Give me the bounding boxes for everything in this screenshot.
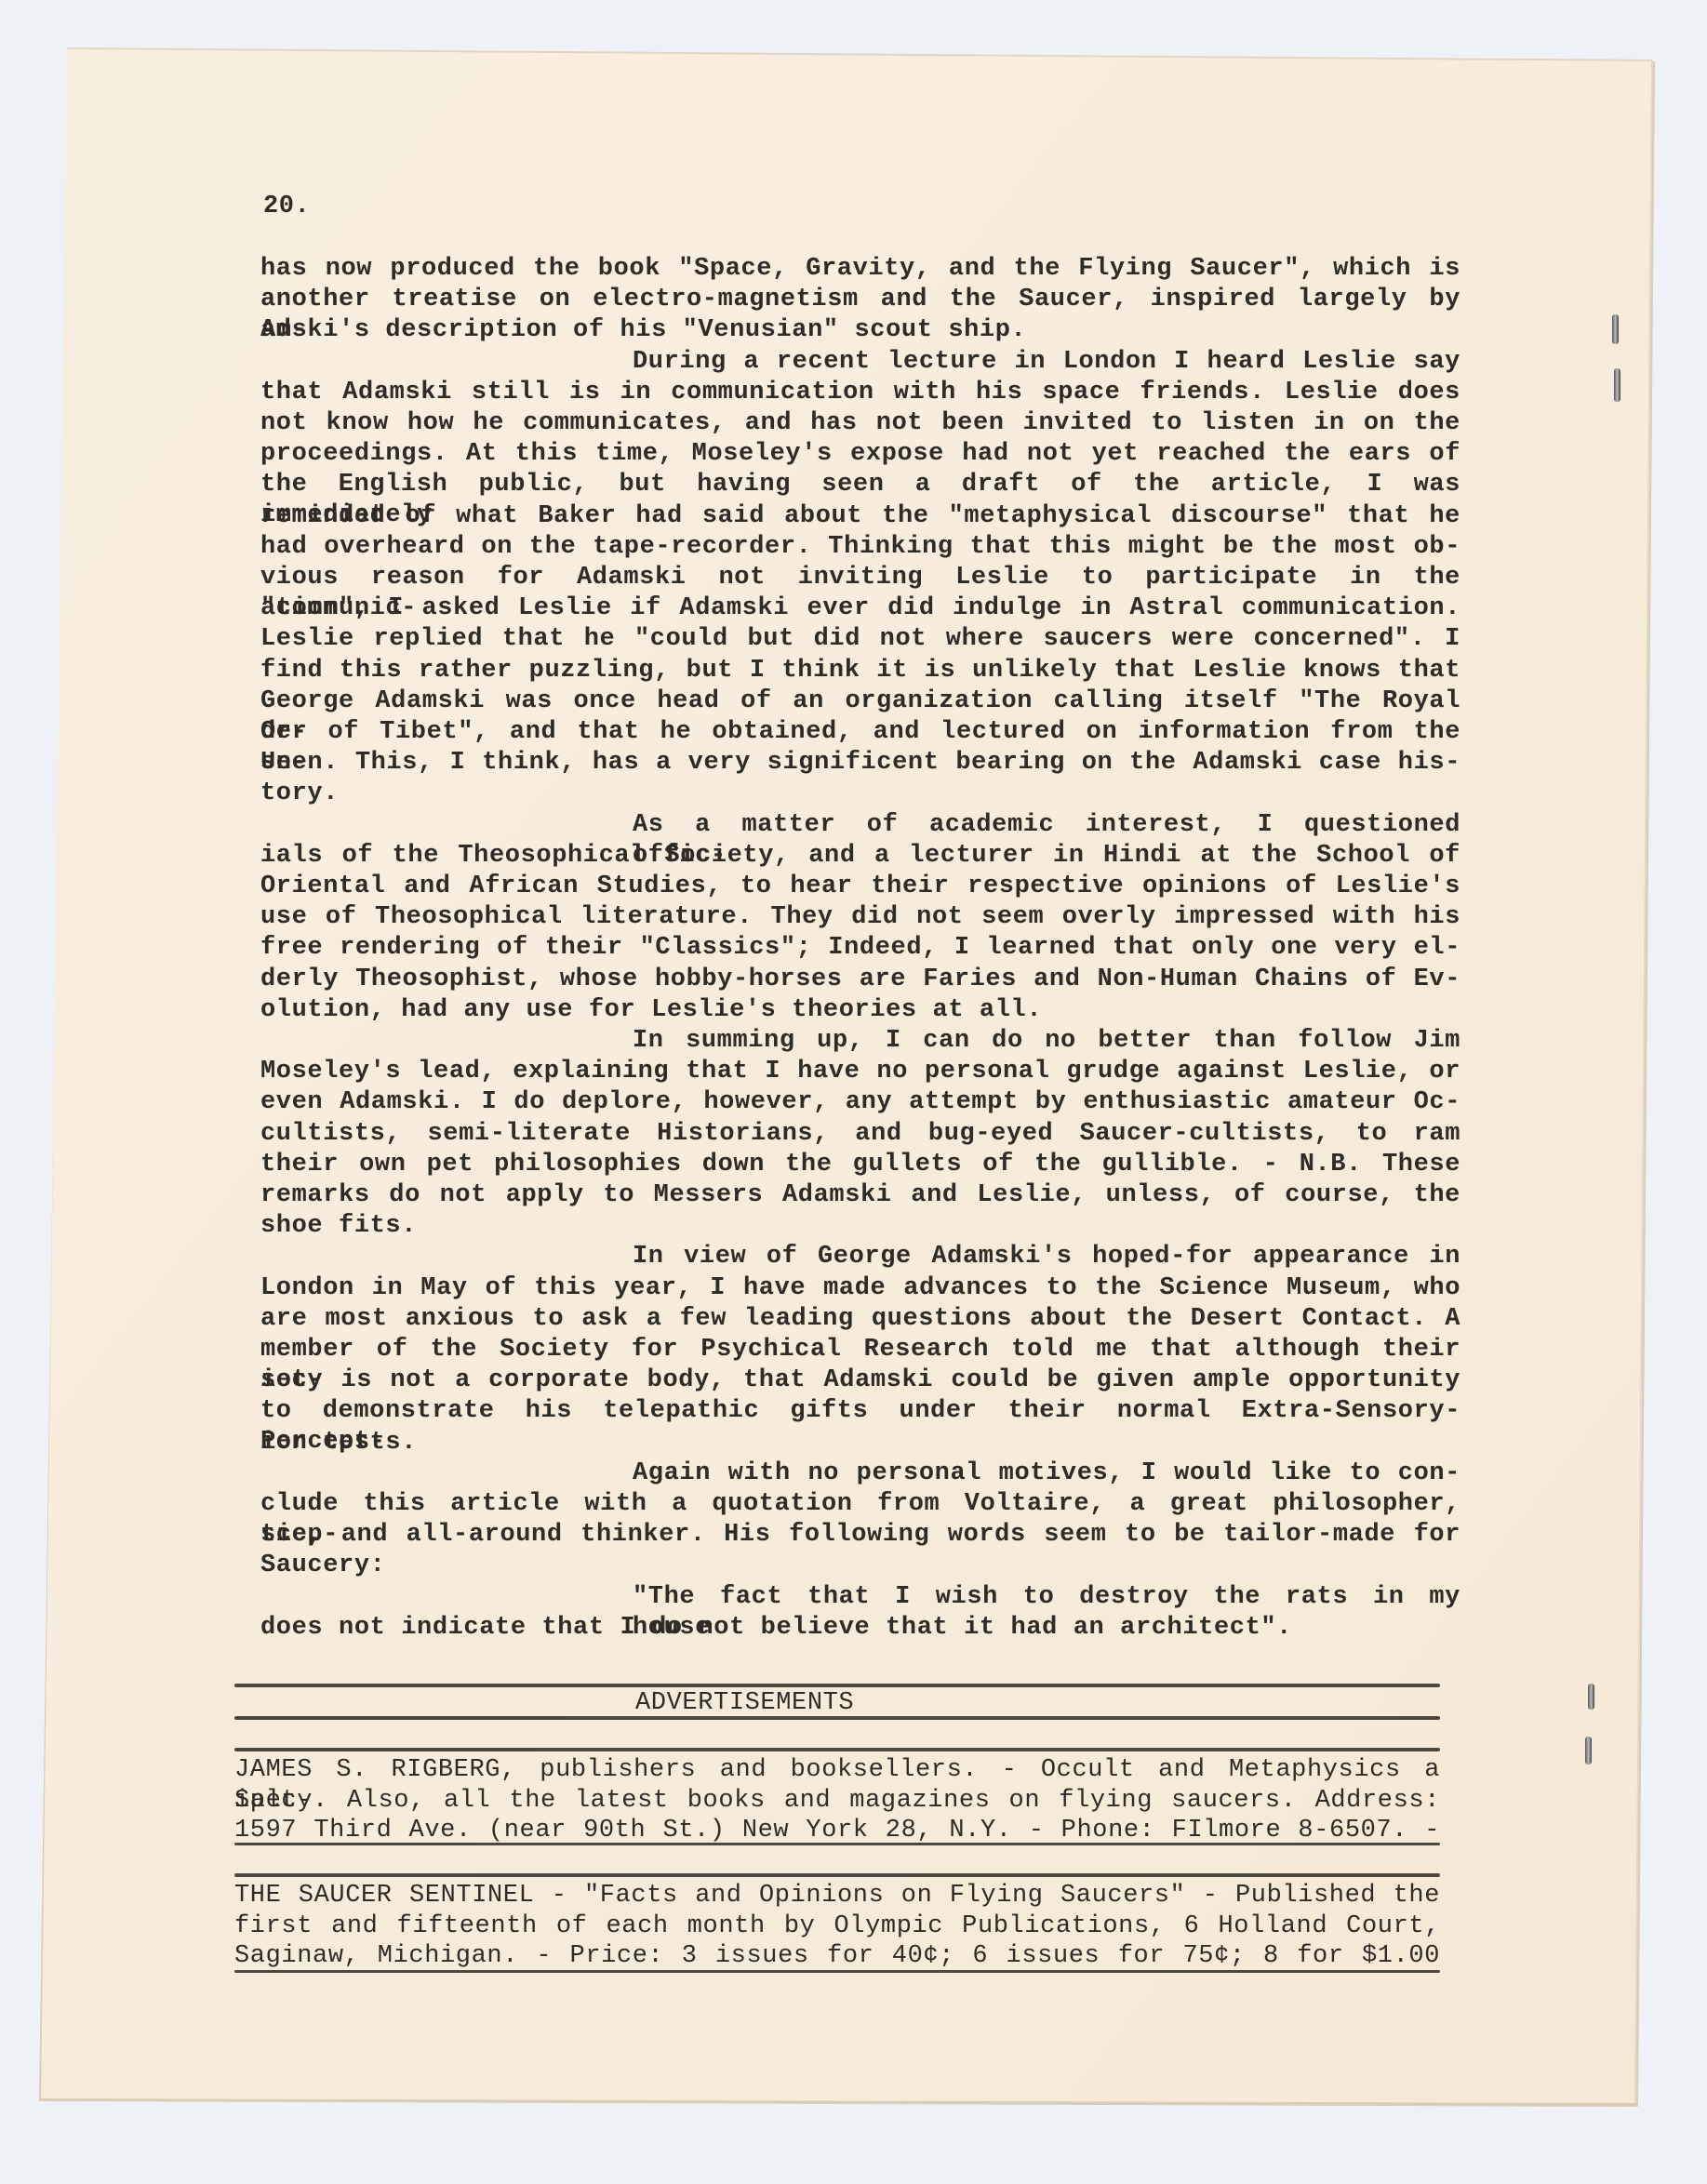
advertisement-line: JAMES S. RIGBERG, publishers and booksel… (234, 1755, 1440, 1786)
article-line: even Adamski. I do deplore, however, any… (260, 1087, 1460, 1118)
article-line: ion tests. (260, 1428, 1460, 1458)
article-line: vious reason for Adamski not inviting Le… (260, 563, 1460, 593)
advertisement-line: first and fifteenth of each month by Oly… (234, 1911, 1440, 1942)
staple-icon (1585, 1737, 1592, 1765)
ad-top-rule (234, 1684, 1440, 1687)
ad-separator-rule (234, 1873, 1440, 1877)
article-line: Again with no personal motives, I would … (633, 1458, 1460, 1489)
scanned-page: 20. has now produced the book "Space, Gr… (0, 0, 1707, 2184)
article-line: free rendering of their "Classics"; Inde… (260, 933, 1460, 964)
article-line: ation", I asked Leslie if Adamski ever d… (260, 593, 1460, 624)
article-line: shoe fits. (260, 1211, 1460, 1242)
staple-icon (1588, 1684, 1594, 1710)
advertisement-line: ialty. Also, all the latest books and ma… (234, 1786, 1440, 1817)
staple-icon (1614, 368, 1620, 402)
article-line: that Adamski still is in communication w… (260, 378, 1460, 408)
ad1-underline (234, 1843, 1440, 1845)
article-line: iety is not a corporate body, that Adams… (260, 1365, 1460, 1396)
advertisement-line: Saginaw, Michigan. - Price: 3 issues for… (234, 1941, 1440, 1972)
article-line: "The fact that I wish to destroy the rat… (633, 1582, 1460, 1613)
article-line: remarks do not apply to Messers Adamski … (260, 1180, 1460, 1211)
article-line: their own pet philosophies down the gull… (260, 1150, 1460, 1180)
ad2-underline (234, 1970, 1440, 1973)
article-line: George Adamski was once head of an organ… (260, 686, 1460, 717)
ad-separator-rule (234, 1748, 1440, 1751)
article-line: reminded of what Baker had said about th… (260, 501, 1460, 532)
article-line: Oriental and African Studies, to hear th… (260, 872, 1460, 902)
article-line: Saucery: (260, 1551, 1460, 1581)
article-line: In view of George Adamski's hoped-for ap… (633, 1242, 1460, 1272)
page-number: 20. (263, 192, 310, 222)
article-line: member of the Society for Psychical Rese… (260, 1335, 1460, 1365)
article-line: amski's description of his "Venusian" sc… (260, 315, 1460, 346)
advertisements-heading: ADVERTISEMENTS (635, 1688, 854, 1719)
article-line: tic, and all-around thinker. His followi… (260, 1520, 1460, 1551)
article-line: olution, had any use for Leslie's theori… (260, 995, 1460, 1026)
article-line: to demonstrate his telepathic gifts unde… (260, 1396, 1460, 1427)
advertisement-line: THE SAUCER SENTINEL - "Facts and Opinion… (234, 1881, 1440, 1911)
article-line: use of Theosophical literature. They did… (260, 902, 1460, 933)
article-line: der of Tibet", and that he obtained, and… (260, 717, 1460, 748)
article-line: ials of the Theosophical Society, and a … (260, 841, 1460, 872)
article-line: seen. This, I think, has a very signific… (260, 748, 1460, 779)
staple-icon (1612, 314, 1619, 344)
article-line: derly Theosophist, whose hobby-horses ar… (260, 965, 1460, 995)
article-line: cultists, semi-literate Historians, and … (260, 1119, 1460, 1150)
article-line: another treatise on electro-magnetism an… (260, 285, 1460, 315)
article-line: find this rather puzzling, but I think i… (260, 656, 1460, 686)
ad-heading-rule (234, 1716, 1440, 1720)
article-line: As a matter of academic interest, I ques… (633, 810, 1460, 841)
article-line: had overheard on the tape-recorder. Thin… (260, 532, 1460, 563)
article-line: proceedings. At this time, Moseley's exp… (260, 439, 1460, 470)
article-line: has now produced the book "Space, Gravit… (260, 254, 1460, 285)
article-line: London in May of this year, I have made … (260, 1273, 1460, 1304)
article-line: In summing up, I can do no better than f… (633, 1026, 1460, 1057)
article-line: Moseley's lead, explaining that I have n… (260, 1057, 1460, 1087)
article-line: are most anxious to ask a few leading qu… (260, 1304, 1460, 1335)
article-line: tory. (260, 779, 1460, 809)
article-line: clude this article with a quotation from… (260, 1489, 1460, 1520)
article-line: does not indicate that I do not believe … (260, 1613, 1460, 1644)
article-line: the English public, but having seen a dr… (260, 470, 1460, 500)
article-line: not know how he communicates, and has no… (260, 408, 1460, 439)
article-line: During a recent lecture in London I hear… (633, 347, 1460, 378)
article-line: Leslie replied that he "could but did no… (260, 624, 1460, 655)
